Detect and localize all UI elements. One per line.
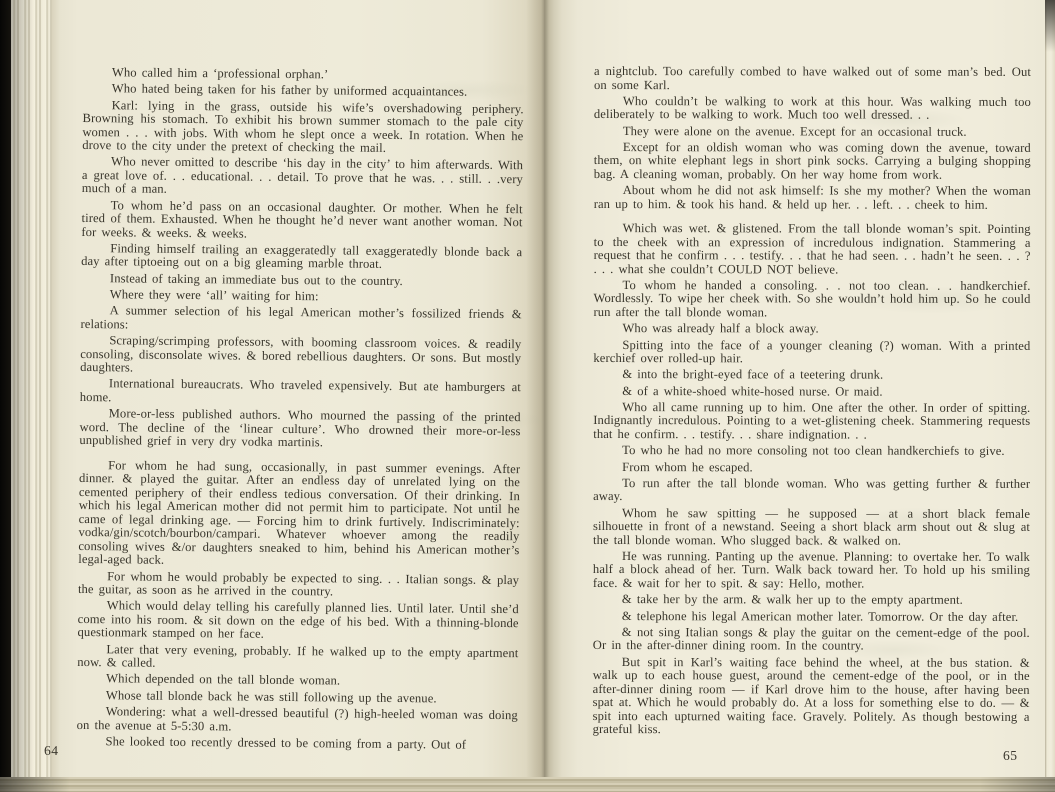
bottom-page-edge-stack xyxy=(0,777,1055,792)
top-right-corner-shadow xyxy=(1045,0,1055,52)
paragraph: Which depended on the tall blonde woman. xyxy=(77,672,518,690)
paragraph: To run after the tall blonde woman. Who … xyxy=(593,477,1030,505)
paragraph: To who he had no more consoling not too … xyxy=(593,444,1030,458)
book-spread-photo: Who called him a ‘professional orphan.’W… xyxy=(0,0,1055,792)
paragraph: Who was already half a block away. xyxy=(593,322,1030,336)
left-page-edge-stack xyxy=(11,0,52,777)
paragraph: Who hated being taken for his father by … xyxy=(83,82,524,100)
paragraph: Which would delay telling his carefully … xyxy=(77,599,518,644)
paragraph: He was running. Panting up the avenue. P… xyxy=(593,550,1030,591)
paragraph: Who all came running up to him. One afte… xyxy=(593,401,1030,442)
paragraph: More-or-less published authors. Who mour… xyxy=(79,407,520,452)
paragraph: a nightclub. Too carefully combed to hav… xyxy=(594,65,1031,93)
paragraph: They were alone on the avenue. Except fo… xyxy=(594,125,1031,139)
right-page-number: 65 xyxy=(1003,748,1018,764)
paragraph: International bureaucrats. Who traveled … xyxy=(80,377,521,408)
paragraph: & not sing Italian songs & play the guit… xyxy=(593,626,1030,654)
paragraph: & into the bright-eyed face of a teeteri… xyxy=(593,368,1030,382)
paragraph: Spitting into the face of a younger clea… xyxy=(593,339,1030,367)
paragraph: About whom he did not ask himself: Is sh… xyxy=(594,184,1031,212)
paragraph: Wondering: what a well-dressed beautiful… xyxy=(77,705,518,736)
paragraph: & telephone his legal American mother la… xyxy=(593,610,1030,624)
paragraph: For whom he would probably be expected t… xyxy=(78,570,519,601)
paragraph: To whom he handed a consoling. . . not t… xyxy=(593,279,1030,320)
paragraph: Finding himself trailing an exaggeratedl… xyxy=(81,242,522,273)
paragraph: & take her by the arm. & walk her up to … xyxy=(593,593,1030,607)
paragraph: & of a white-shoed white-hosed nurse. Or… xyxy=(593,385,1030,399)
paragraph: Who couldn’t be walking to work at this … xyxy=(594,95,1031,123)
paragraph: Which was wet. & glistened. From the tal… xyxy=(594,222,1031,277)
paragraph: A summer selection of his legal American… xyxy=(80,304,521,335)
paragraph: Scraping/scrimping professors, with boom… xyxy=(80,334,521,379)
paragraph: Who never omitted to describe ‘his day i… xyxy=(82,155,523,200)
right-page-text: a nightclub. Too carefully combed to hav… xyxy=(593,65,1031,738)
paragraph: From whom he escaped. xyxy=(593,461,1030,475)
paragraph: Whom he saw spitting — he supposed — at … xyxy=(593,507,1030,548)
paragraph: Later that very evening, probably. If he… xyxy=(77,643,518,674)
right-fore-edge xyxy=(1045,0,1055,777)
paragraph: For whom he had sung, occasionally, in p… xyxy=(78,459,520,571)
paragraph: Karl: lying in the grass, outside his wi… xyxy=(82,99,523,157)
left-page-number: 64 xyxy=(44,743,59,759)
paragraph: But spit in Karl’s waiting face behind t… xyxy=(593,656,1030,738)
left-page-text: Who called him a ‘professional orphan.’W… xyxy=(76,66,524,753)
book-spine-edge xyxy=(0,0,11,792)
paragraph: Except for an oldish woman who was comin… xyxy=(594,141,1031,182)
paragraph: To whom he’d pass on an occasional daugh… xyxy=(81,199,522,244)
